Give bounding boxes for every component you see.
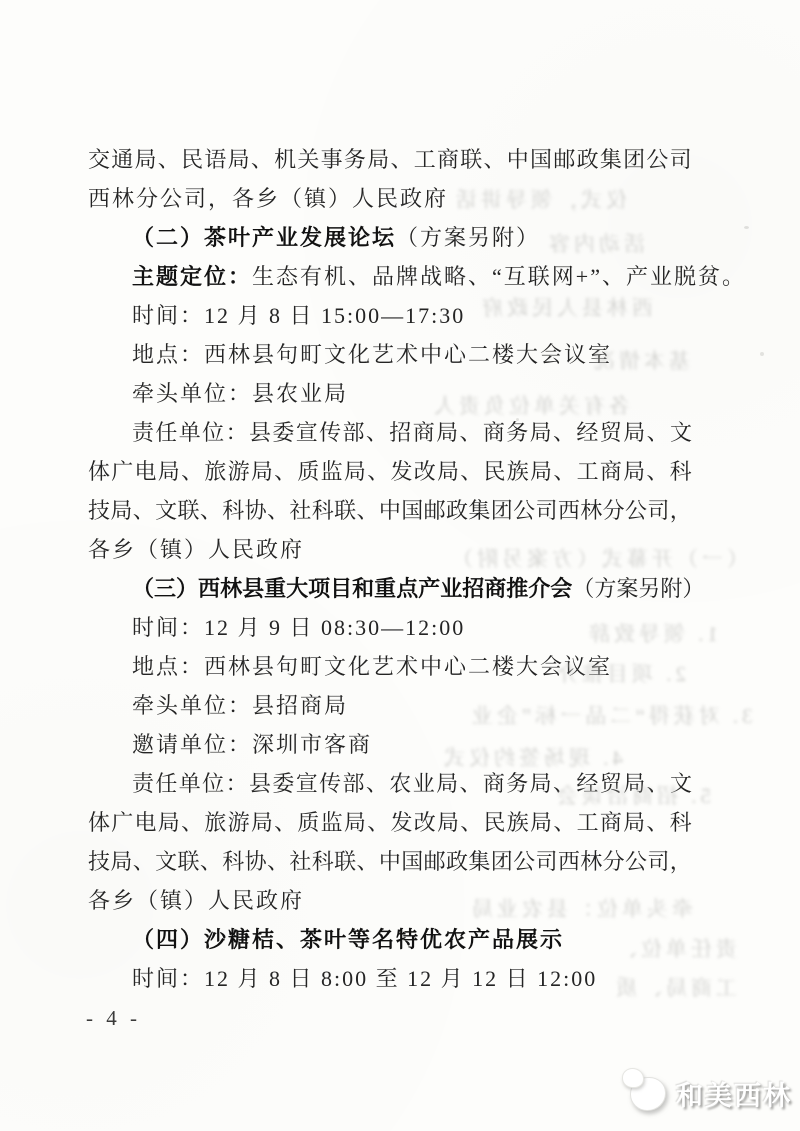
text-line: 地点：西林县句町文化艺术中心二楼大会议室 [88,335,692,374]
text-line: 技局、文联、科协、社科联、中国邮政集团公司西林分公司， [88,491,692,530]
text-line: 体广电局、旅游局、质监局、发改局、民族局、工商局、科 [88,803,692,842]
text-line: 主题定位：生态有机、品牌战略、“互联网+”、产业脱贫。 [88,257,692,296]
scan-speck [308,424,312,427]
text-line: 各乡（镇）人民政府 [88,530,692,569]
scanned-document-page: 交通局、民语局、机关事务局、工商联、中国邮政集团公司西林分公司，各乡（镇）人民政… [0,0,800,1131]
mascot-icon [630,1077,666,1111]
text-line: 地点：西林县句町文化艺术中心二楼大会议室 [88,647,692,686]
text-line: （四）沙糖桔、茶叶等名特优农产品展示 [88,920,692,959]
text-line: 技局、文联、科协、社科联、中国邮政集团公司西林分公司， [88,842,692,881]
text-line: 时间：12 月 9 日 08:30—12:00 [88,608,692,647]
text-line: 牵头单位：县农业局 [88,374,692,413]
text-line: 牵头单位：县招商局 [88,686,692,725]
text-line: 各乡（镇）人民政府 [88,881,692,920]
scan-speck [516,418,519,421]
text-line: 交通局、民语局、机关事务局、工商联、中国邮政集团公司 [88,140,692,179]
text-line: （二）茶叶产业发展论坛（方案另附） [88,218,692,257]
hemei-xilin-watermark: 和美西林 [630,1074,792,1113]
watermark-text: 和美西林 [676,1074,792,1113]
text-line: 时间：12 月 8 日 15:00—17:30 [88,296,692,335]
text-line: 邀请单位：深圳市客商 [88,725,692,764]
text-line: （三）西林县重大项目和重点产业招商推介会（方案另附） [88,569,692,608]
page-number: - 4 - [86,1006,141,1031]
text-line: 西林分公司，各乡（镇）人民政府 [88,179,692,218]
text-line: 体广电局、旅游局、质监局、发改局、民族局、工商局、科 [88,452,692,491]
scan-speck [744,226,749,229]
text-line: 责任单位：县委宣传部、农业局、商务局、经贸局、文 [88,764,692,803]
text-line: 时间：12 月 8 日 8:00 至 12 月 12 日 12:00 [88,959,692,998]
text-line: 责任单位：县委宣传部、招商局、商务局、经贸局、文 [88,413,692,452]
scan-speck [760,352,764,356]
document-body: 交通局、民语局、机关事务局、工商联、中国邮政集团公司西林分公司，各乡（镇）人民政… [88,140,692,998]
